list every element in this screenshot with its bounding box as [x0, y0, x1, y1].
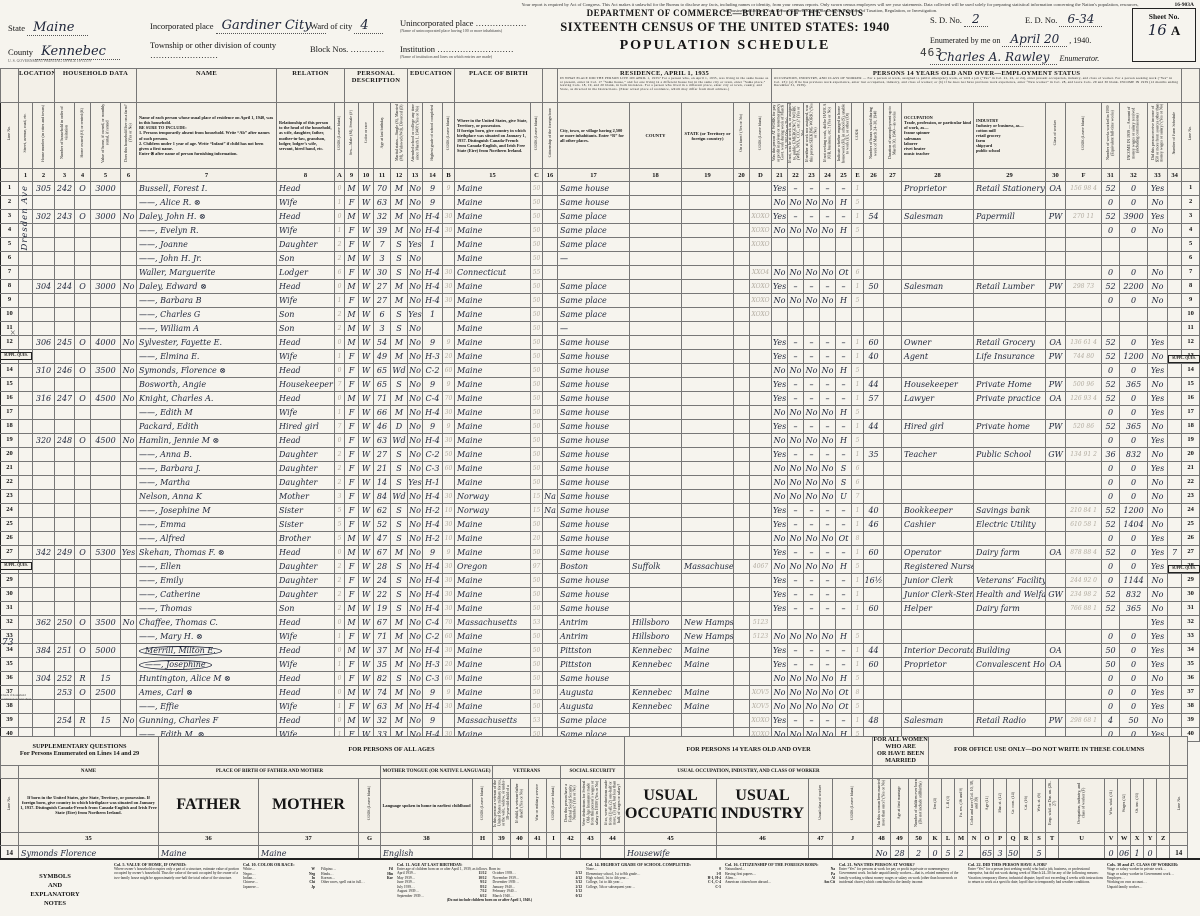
cell-r38-c24: No — [820, 700, 836, 714]
cell-r11-c32 — [1120, 322, 1148, 336]
col-num-10: 10 — [359, 169, 374, 182]
cell-r5-cC: 50 — [531, 238, 543, 252]
cell-r28-c22: No — [788, 560, 804, 574]
cell-r12-c34 — [1168, 336, 1182, 350]
cell-r10-c24 — [820, 308, 836, 322]
note-block-7: Cols. 30 and 47. CLASS OF WORKER:Wage or… — [1107, 862, 1200, 916]
cell-r30-c14: H-4 — [423, 588, 443, 602]
cell-r19-cD — [750, 434, 772, 448]
cell-r9-c25: H — [836, 294, 852, 308]
cell-r24-c13: No — [408, 504, 423, 518]
col-num-V: V — [1105, 832, 1118, 845]
cell-r22-c19 — [682, 476, 734, 490]
cell-r14-c9: F — [345, 364, 359, 378]
col-num-line — [1182, 169, 1200, 182]
cell-r32-c14: C-4 — [423, 616, 443, 630]
cell-r11-c15: Maine — [455, 322, 531, 336]
cell-r14-c1 — [19, 364, 33, 378]
cell-r2-c3 — [55, 196, 75, 210]
cell-r24-c4 — [75, 504, 91, 518]
col-num-48: 48 — [873, 832, 891, 845]
cell-r30-c3 — [55, 588, 75, 602]
cell-r17-c7: ——, Edith M — [137, 406, 277, 420]
cell-r11-c17: — — [558, 322, 630, 336]
cell-r23-c29 — [974, 490, 1046, 504]
cell-r10-c18 — [630, 308, 682, 322]
cell-r2-c28 — [902, 196, 974, 210]
col-num-38: 38 — [381, 832, 473, 845]
cell-r13-c12: M — [391, 350, 408, 364]
cell-r30-c18 — [630, 588, 682, 602]
cell-r26-c2 — [33, 532, 55, 546]
cell-r13-c28: Agent — [902, 350, 974, 364]
cell-r6-c33 — [1148, 252, 1168, 266]
cell-r4-c5 — [91, 224, 121, 238]
group-household-data: HOUSEHOLD DATA — [55, 69, 137, 103]
cell-r1-cline: 1 — [1, 182, 19, 196]
group-lineno-left — [1, 69, 19, 103]
schedule-title: POPULATION SCHEDULE — [540, 38, 910, 54]
cell-r27-cB: 9 — [443, 546, 455, 560]
cell-r9-c24: No — [820, 294, 836, 308]
cell-r8-c9: M — [345, 280, 359, 294]
cell-r34-c27 — [884, 644, 902, 658]
col-num-O: O — [981, 832, 994, 845]
cell-r21-cline: 21 — [1182, 462, 1200, 476]
cell-r14-cC: 50 — [531, 364, 543, 378]
cell-r26-c32: 0 — [1120, 532, 1148, 546]
col-desc-46: USUAL INDUSTRY — [717, 778, 809, 832]
cell-r8-c26: 50 — [864, 280, 884, 294]
cell-r28-c25: H — [836, 560, 852, 574]
cell-r24-c19 — [682, 504, 734, 518]
cell-r34-c18: Kennebec — [630, 644, 682, 658]
cell-r20-c15: Maine — [455, 448, 531, 462]
cell-r16-c12: M — [391, 392, 408, 406]
cell-r17-c5 — [91, 406, 121, 420]
cell-r30-c22: – — [788, 588, 804, 602]
cell-r39-cline: 39 — [1, 714, 19, 728]
cell-r36-cC: 50 — [531, 672, 543, 686]
cell-r2-c8: Wife — [277, 196, 335, 210]
cell-r38-cA: 1 — [335, 700, 345, 714]
cell-r28-cA: 2 — [335, 560, 345, 574]
cell-r9-c13: No — [408, 294, 423, 308]
col-num-24: 24 — [820, 169, 836, 182]
cell-r38-c1 — [19, 700, 33, 714]
sheet-number-value: 16 — [1148, 21, 1167, 39]
suppl-ques-marker-right-14: SUPPL. QUES. — [1168, 355, 1200, 363]
cell-r37-cline: 37 — [1182, 686, 1200, 700]
cell-r12-cD — [750, 336, 772, 350]
cell-r35-c13: No — [408, 658, 423, 672]
col-num-L: L — [942, 832, 955, 845]
cell-r31-cB: 30 — [443, 602, 455, 616]
cell-r17-cline: 17 — [1, 406, 19, 420]
cell-r3-c20 — [734, 210, 750, 224]
cell-r26-c23: No — [804, 532, 820, 546]
cell-r10-c13: Yes — [408, 308, 423, 322]
col-num-42: 42 — [561, 832, 581, 845]
cell-r25-c19 — [682, 518, 734, 532]
cell-r27-c6: Yes — [121, 546, 137, 560]
col-desc-17: City, town, or village having 2,500 or m… — [558, 103, 630, 169]
cell-r23-cD — [750, 490, 772, 504]
cell-r7-c16 — [543, 266, 558, 280]
col-num-15: 15 — [455, 169, 531, 182]
cell-r26-c29 — [974, 532, 1046, 546]
cell-r17-c17: Same house — [558, 406, 630, 420]
cell-r2-c14: 9 — [423, 196, 443, 210]
note-block-5: Col. 21. WAS THIS PERSON AT WORK?Enter “… — [839, 862, 964, 916]
cell-r39-c4: R — [75, 714, 91, 728]
col-num-G: G — [359, 832, 381, 845]
col-desc-10: Color or race — [359, 103, 374, 169]
cell-r36-c24: No — [820, 672, 836, 686]
cell-r35-c6 — [121, 658, 137, 672]
cell-r7-cA: 6 — [335, 266, 345, 280]
cell-r5-c8: Daughter — [277, 238, 335, 252]
col-desc-U: Occupation, industry, and class of worke… — [1059, 778, 1105, 832]
cell-r36-c13: No — [408, 672, 423, 686]
col-desc-C: CODE (Leave blank) — [531, 103, 543, 169]
cell-r34-c6 — [121, 644, 137, 658]
cell-r16-c6: No — [121, 392, 137, 406]
cell-r35-c21: Yes — [772, 658, 788, 672]
cell-r9-c21: No — [772, 294, 788, 308]
cell-r5-c22 — [788, 238, 804, 252]
cell-r7-c27 — [884, 266, 902, 280]
cell-r8-c22: – — [788, 280, 804, 294]
cell-r24-c30 — [1046, 504, 1066, 518]
cell-r14-cline: 14 — [1182, 364, 1200, 378]
cell-r24-cC: 15 — [531, 504, 543, 518]
subgroup-7 — [873, 765, 929, 778]
cell-r12-c8: Head — [277, 336, 335, 350]
subgroup-4: VETERANS — [493, 765, 561, 778]
cell-r27-c11: 67 — [374, 546, 391, 560]
cell-r30-cC: 50 — [531, 588, 543, 602]
cell-r31-c29: Dairy farm — [974, 602, 1046, 616]
cell-r12-c20 — [734, 336, 750, 350]
cell-r25-c29: Electric Utility — [974, 518, 1046, 532]
cell-r7-c24: No — [820, 266, 836, 280]
col-desc-5: Value of home, if owned, or monthly rent… — [91, 103, 121, 169]
cell-r39-c3: 254 — [55, 714, 75, 728]
cell-r9-c16 — [543, 294, 558, 308]
cell-r39-c17: Same place — [558, 714, 630, 728]
cell-r24-cA: 5 — [335, 504, 345, 518]
cell-r28-cF — [1066, 560, 1102, 574]
cell-r11-c24 — [820, 322, 836, 336]
cell-r7-c1 — [19, 266, 33, 280]
cell-r13-c11: 49 — [374, 350, 391, 364]
cell-r23-c20 — [734, 490, 750, 504]
cell-r16-c2: 316 — [33, 392, 55, 406]
cell-r24-c28: Bookkeeper — [902, 504, 974, 518]
cell-r29-c3 — [55, 574, 75, 588]
cell-r12-c12: M — [391, 336, 408, 350]
cell-r33-cA: 1 — [335, 630, 345, 644]
col-desc-25: Indicate whether engaged in home housewo… — [836, 103, 852, 169]
cell-r29-c34 — [1168, 574, 1182, 588]
cell-r32-c7: Chaffee, Thomas C. — [137, 616, 277, 630]
cell-r27-c20 — [734, 546, 750, 560]
cell-r15-cA: 7 — [335, 378, 345, 392]
cell-r35-c16 — [543, 658, 558, 672]
cell-r12-c19 — [682, 336, 734, 350]
cell-r22-c33: No — [1148, 476, 1168, 490]
table-row: 4——, Evelyn R.Wife1FW39MNoH-430Maine50Sa… — [1, 224, 1200, 238]
cell-r10-c9: M — [345, 308, 359, 322]
cell-r14-c13: No — [408, 364, 423, 378]
cell-r33-c31: 0 — [1102, 630, 1120, 644]
cell-r28-c18: Suffolk — [630, 560, 682, 574]
cell-r30-c11: 22 — [374, 588, 391, 602]
col-desc-K: Ten (4) — [929, 778, 942, 832]
cell-r22-cF — [1066, 476, 1102, 490]
cell-r35-c9: F — [345, 658, 359, 672]
cell-r37-c9: M — [345, 686, 359, 700]
cell-r37-c8: Head — [277, 686, 335, 700]
cell-r38-c8: Wife — [277, 700, 335, 714]
cell-r15-cF: 500 96 — [1066, 378, 1102, 392]
cell-r27-c22: – — [788, 546, 804, 560]
cell-r6-c18 — [630, 252, 682, 266]
cell-r6-c28 — [902, 252, 974, 266]
cell-r39-c9: M — [345, 714, 359, 728]
cell-r22-c8: Daughter — [277, 476, 335, 490]
cell-r37-c33: Yes — [1148, 686, 1168, 700]
cell-r22-c7: ——, Martha — [137, 476, 277, 490]
cell-r2-c22: No — [788, 196, 804, 210]
table-row: 17——, Edith MWife1FW66MNoH-430Maine50Sam… — [1, 406, 1200, 420]
group-office-use: FOR OFFICE USE ONLY—DO NOT WRITE IN THES… — [929, 737, 1170, 766]
col-num-T: T — [1046, 832, 1059, 845]
cell-r8-c17: Same place — [558, 280, 630, 294]
cell-r28-c20 — [734, 560, 750, 574]
cell-r37-c10: W — [359, 686, 374, 700]
cell-r35-c30: OA — [1046, 658, 1066, 672]
cell-r9-c8: Wife — [277, 294, 335, 308]
cell-r19-cC: 50 — [531, 434, 543, 448]
cell-r29-cA: 2 — [335, 574, 345, 588]
cell-r10-c33 — [1148, 308, 1168, 322]
cell-r10-c31 — [1102, 308, 1120, 322]
col-desc-15: Where in the United States, give State, … — [455, 103, 531, 169]
cell-r20-c31: 36 — [1102, 448, 1120, 462]
cell-r24-c17: Same house — [558, 504, 630, 518]
cell-r1-c26 — [864, 182, 884, 196]
col-desc-32: INCOME IN 1939 — Amount of money wages o… — [1120, 103, 1148, 169]
cell-r27-cD — [750, 546, 772, 560]
enumeration-date-value: April 20 — [1002, 32, 1067, 47]
cell-r1-c15: Maine — [455, 182, 531, 196]
cell-r25-c11: 52 — [374, 518, 391, 532]
cell-r38-cF — [1066, 700, 1102, 714]
cell-r25-c32: 1404 — [1120, 518, 1148, 532]
table-row: 9——, Barbara BWife1FW27MNoH-430Maine50Sa… — [1, 294, 1200, 308]
cell-r15-c30: PW — [1046, 378, 1066, 392]
cell-r24-c6 — [121, 504, 137, 518]
cell-r1-c16 — [543, 182, 558, 196]
cell-r31-cE: 1 — [852, 602, 864, 616]
cell-r36-c22: No — [788, 672, 804, 686]
cell-r6-c9: M — [345, 252, 359, 266]
cell-r34-cE: 1 — [852, 644, 864, 658]
cell-r4-c19 — [682, 224, 734, 238]
col-desc-19: STATE (or Territory or foreign country) — [682, 103, 734, 169]
cell-r31-c30 — [1046, 602, 1066, 616]
cell-r19-cA: 0 — [335, 434, 345, 448]
cell-r13-c27 — [884, 350, 902, 364]
col-desc-L: T–R (3) — [942, 778, 955, 832]
cell-r22-c20 — [734, 476, 750, 490]
cell-r23-c30 — [1046, 490, 1066, 504]
cell-r14-cline: 14 — [1, 364, 19, 378]
cell-r34-c4: O — [75, 644, 91, 658]
cell-r9-c15: Maine — [455, 294, 531, 308]
col-desc-37: MOTHER — [259, 778, 359, 832]
cell-r27-c24: – — [820, 546, 836, 560]
cell-r39-c15: Massachusetts — [455, 714, 531, 728]
cell-r13-c20 — [734, 350, 750, 364]
cell-r35-c18: Kennebec — [630, 658, 682, 672]
cell-r17-c14: H-4 — [423, 406, 443, 420]
cell-r38-c22: No — [788, 700, 804, 714]
cell-r25-c14: H-4 — [423, 518, 443, 532]
cell-r12-c9: M — [345, 336, 359, 350]
cell-r18-c12: D — [391, 420, 408, 434]
county-field: County Kennebec — [8, 44, 120, 59]
cell-r27-c4: O — [75, 546, 91, 560]
cell-r7-c14: H-4 — [423, 266, 443, 280]
cell-r30-c19 — [682, 588, 734, 602]
cell-r18-c8: Hired girl — [277, 420, 335, 434]
cell-r18-cF: 520 86 — [1066, 420, 1102, 434]
cell-r1-c23: – — [804, 182, 820, 196]
cell-r29-c27 — [884, 574, 902, 588]
cell-r14-c8: Head — [277, 364, 335, 378]
cell-r37-c7: Ames, Carl ⊗ — [137, 686, 277, 700]
cell-r15-c33: No — [1148, 378, 1168, 392]
cell-r15-c10: W — [359, 378, 374, 392]
col-num-3: 3 — [55, 169, 75, 182]
col-desc-12: Marital status—Single (S), Married (M), … — [391, 103, 408, 169]
cell-r4-c23: No — [804, 224, 820, 238]
cell-r11-c13: No — [408, 322, 423, 336]
col-num-N: N — [968, 832, 981, 845]
ward-value: 4 — [354, 18, 382, 34]
cell-r22-c18 — [630, 476, 682, 490]
col-desc-49: Age at first marriage — [891, 778, 909, 832]
group-education: EDUCATION — [408, 69, 455, 103]
cell-r3-c4: O — [75, 210, 91, 224]
col-num-37: 37 — [259, 832, 359, 845]
cell-r7-c6 — [121, 266, 137, 280]
cell-r34-c15: Maine — [455, 644, 531, 658]
cell-r13-c31: 52 — [1102, 350, 1120, 364]
cell-r21-c34 — [1168, 462, 1182, 476]
cell-r4-c30 — [1046, 224, 1066, 238]
cell-r7-c32: 0 — [1120, 266, 1148, 280]
group-location: LOCATION — [19, 69, 55, 103]
cell-r18-c24: – — [820, 420, 836, 434]
cell-r35-c27 — [884, 658, 902, 672]
cell-r1-c10: W — [359, 182, 374, 196]
cell-r3-c22: – — [788, 210, 804, 224]
cell-r36-c28 — [902, 672, 974, 686]
cell-r10-c8: Son — [277, 308, 335, 322]
cell-r22-c10: W — [359, 476, 374, 490]
cell-r22-c21: No — [772, 476, 788, 490]
cell-r36-cline: 36 — [1, 672, 19, 686]
cell-r24-cline: 24 — [1, 504, 19, 518]
cell-r6-c29 — [974, 252, 1046, 266]
cell-r35-c22: – — [788, 658, 804, 672]
census-sheet: Your report is required by Act of Congre… — [0, 0, 1200, 916]
col-num-2: 2 — [33, 169, 55, 182]
cell-r5-c25 — [836, 238, 852, 252]
cell-r32-cB: 70 — [443, 616, 455, 630]
cell-r11-cB — [443, 322, 455, 336]
cell-r31-cC: 50 — [531, 602, 543, 616]
cell-r16-cline: 16 — [1182, 392, 1200, 406]
cell-r30-c32: 832 — [1120, 588, 1148, 602]
cell-r29-c22: – — [788, 574, 804, 588]
cell-r11-c21 — [772, 322, 788, 336]
cell-r4-c9: F — [345, 224, 359, 238]
cell-r19-cB: 30 — [443, 434, 455, 448]
cell-r38-c32: 0 — [1120, 700, 1148, 714]
cell-r30-c29: Health and Welfare — [974, 588, 1046, 602]
cell-r27-c31: 52 — [1102, 546, 1120, 560]
cell-r39-c21: Yes — [772, 714, 788, 728]
cell-r8-c8: Head — [277, 280, 335, 294]
cell-r2-c27 — [884, 196, 902, 210]
col-desc-M: Fa. res. (36 and 9) — [955, 778, 968, 832]
cell-r5-cline: 5 — [1182, 238, 1200, 252]
cell-r16-c15: Maine — [455, 392, 531, 406]
cell-r10-cC: 50 — [531, 308, 543, 322]
cell-r35-c5 — [91, 658, 121, 672]
cell-r17-cC: 50 — [531, 406, 543, 420]
cell-r30-cE: 1 — [852, 588, 864, 602]
cell-r11-c23 — [804, 322, 820, 336]
cell-r20-c2 — [33, 448, 55, 462]
cell-r26-cB: 10 — [443, 532, 455, 546]
cell-r29-cline: 29 — [1182, 574, 1200, 588]
cell-r36-cA: 0 — [335, 672, 345, 686]
cell-r4-c24: No — [820, 224, 836, 238]
cell-r23-c31: 0 — [1102, 490, 1120, 504]
cell-r35-c1 — [19, 658, 33, 672]
cell-r36-c20 — [734, 672, 750, 686]
cell-r24-c5 — [91, 504, 121, 518]
cell-r4-c34 — [1168, 224, 1182, 238]
cell-r22-c1 — [19, 476, 33, 490]
cell-r28-c10: W — [359, 560, 374, 574]
cell-r16-c19 — [682, 392, 734, 406]
cell-r10-cline: 10 — [1182, 308, 1200, 322]
table-row: 6——, John H. Jr.Son2MW3SNoMaine50—6 — [1, 252, 1200, 266]
cell-r12-c31: 52 — [1102, 336, 1120, 350]
township-field: Township or other division of county ………… — [150, 40, 300, 60]
cell-r28-cB: 30 — [443, 560, 455, 574]
table-row: 11——, William ASon2MW3SNoMaine50—11 — [1, 322, 1200, 336]
cell-r33-c16 — [543, 630, 558, 644]
cell-r15-c21: Yes — [772, 378, 788, 392]
